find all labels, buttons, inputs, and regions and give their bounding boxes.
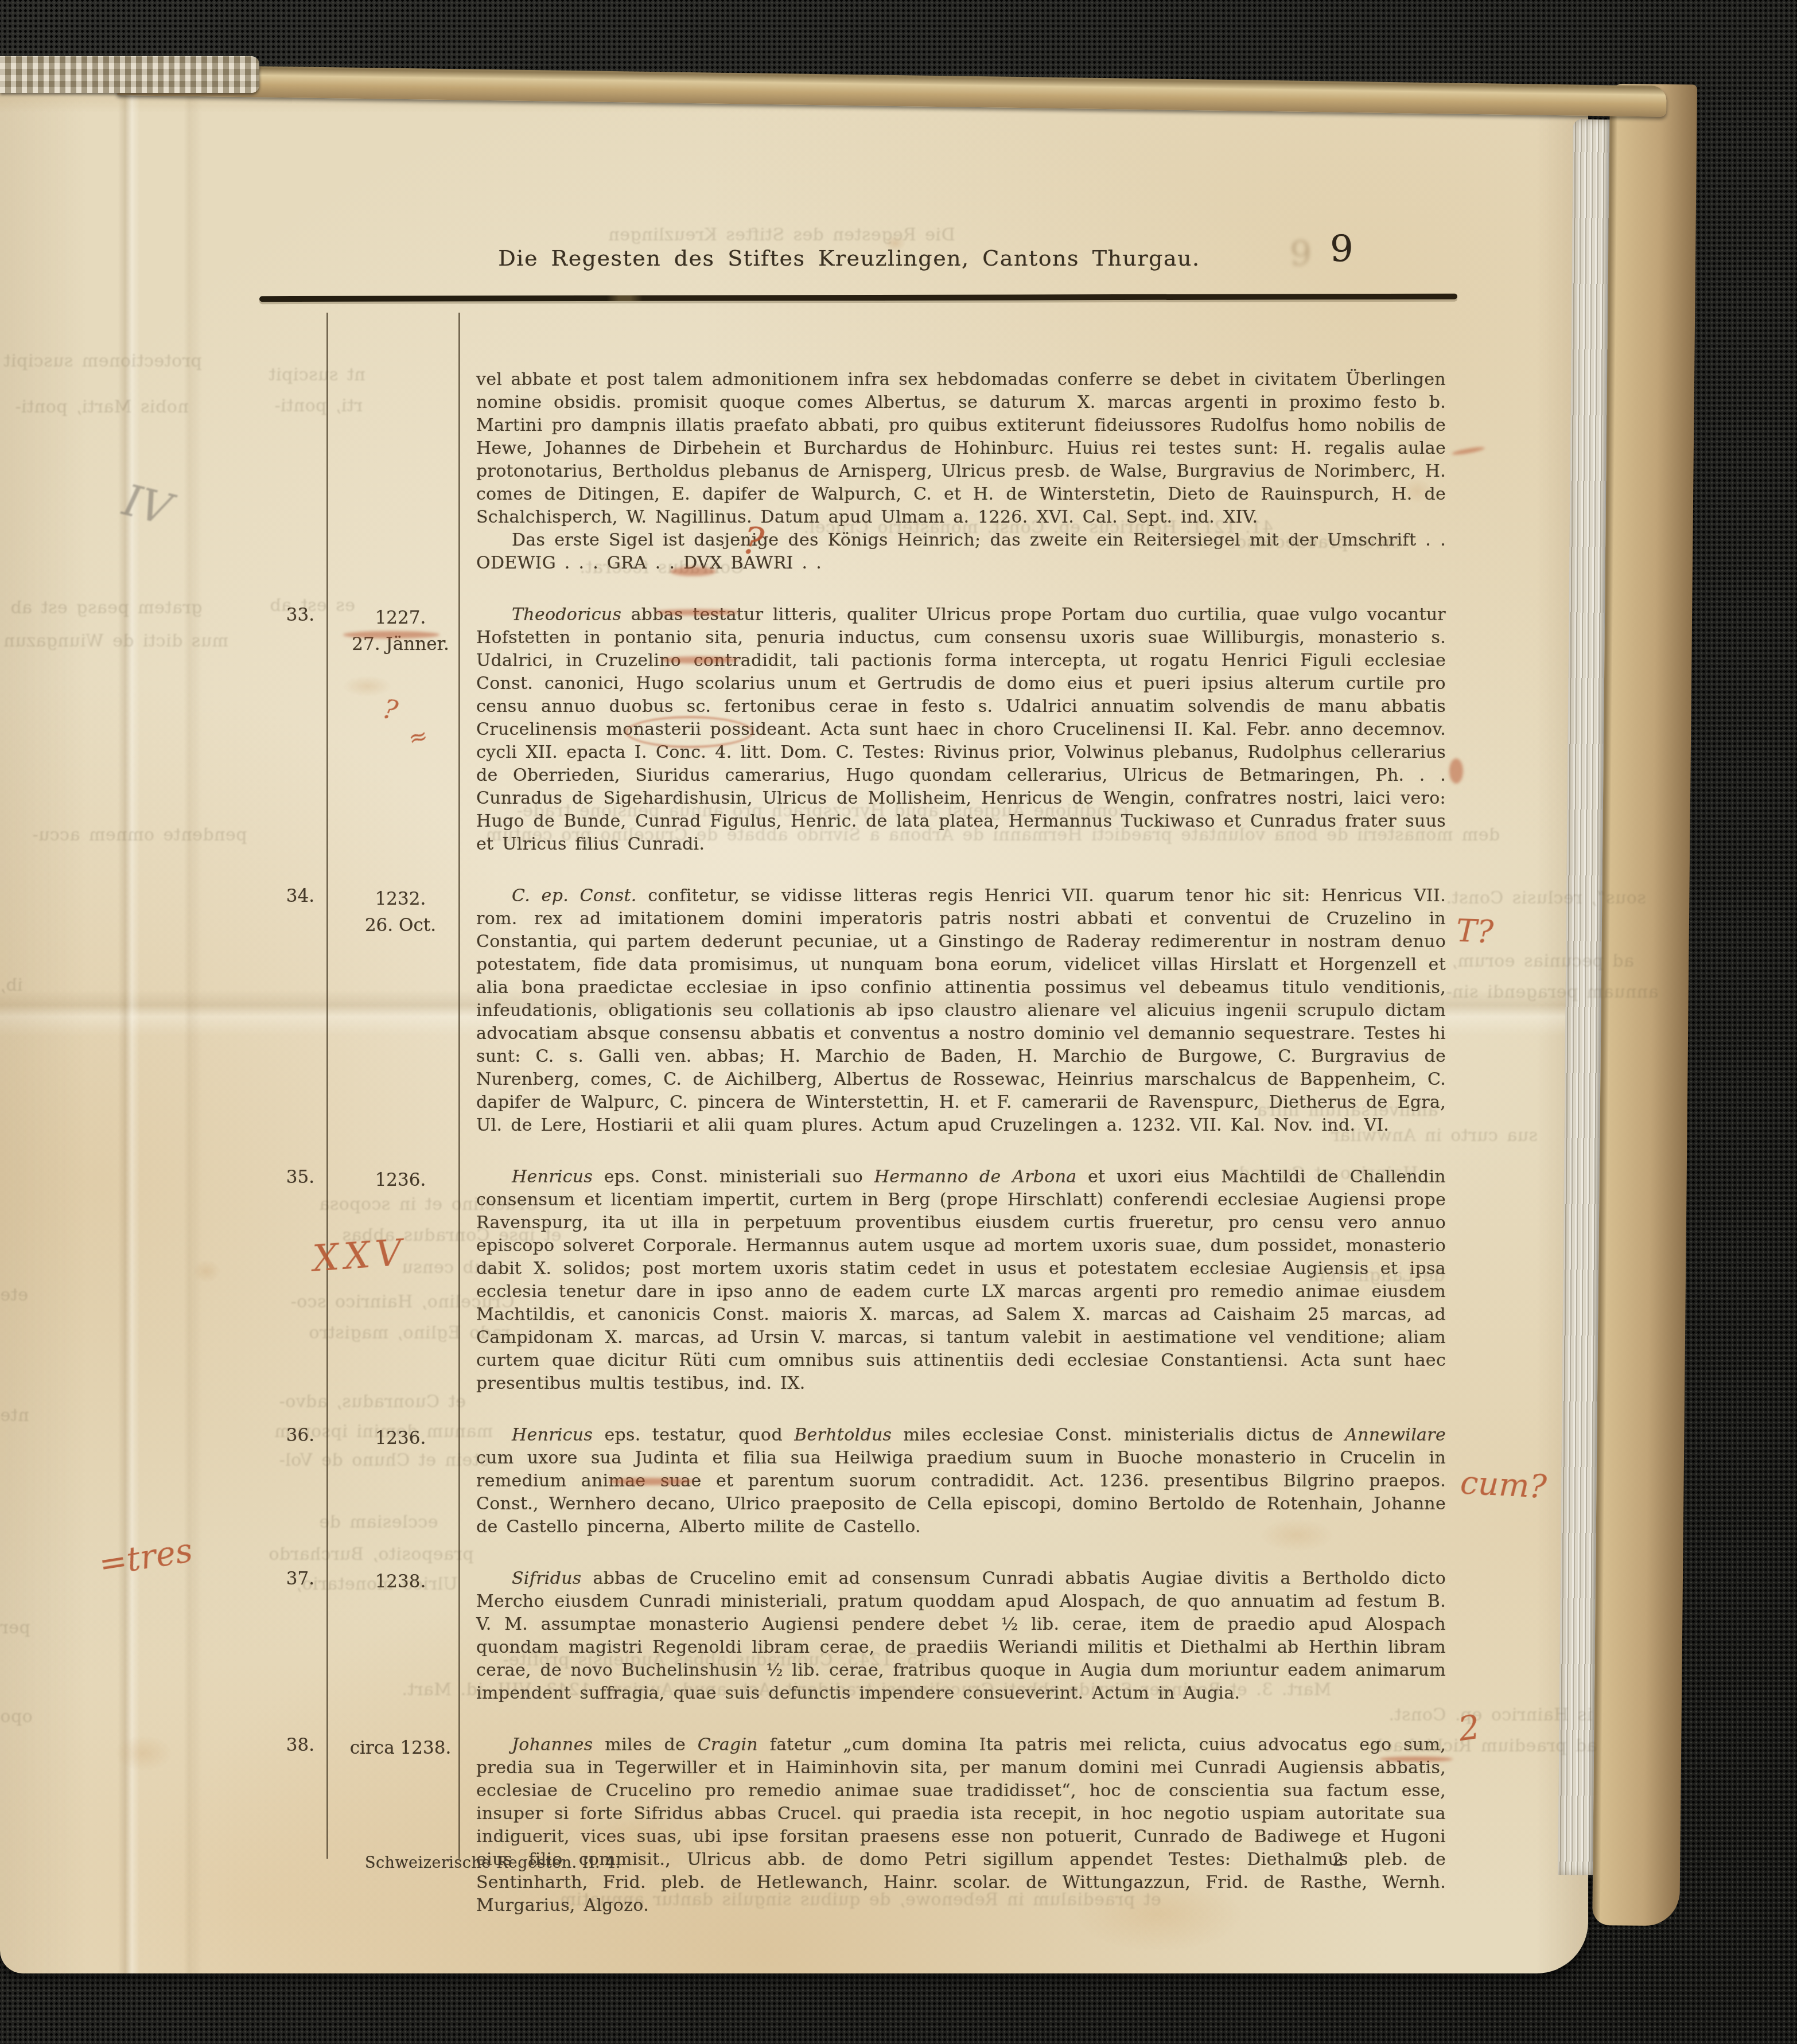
continuation-paragraph: Das erste Sigel ist dasjenige des Königs…: [476, 529, 1446, 575]
person-name-italic: Theodoricus: [512, 605, 621, 625]
person-name-italic: Berhtoldus: [794, 1425, 892, 1445]
regest-text-run: confitetur, se vidisse litteras regis He…: [476, 886, 1446, 1135]
regest-entry: 36. 1236. Henricus eps. testatur, quod B…: [241, 1424, 1446, 1539]
red-ink-annotation: T?: [1456, 913, 1494, 950]
entry-text: Sifridus abbas de Crucelino emit ad cons…: [476, 1567, 1446, 1705]
bleedthrough-text: nte: [0, 1406, 29, 1426]
regest-text-run: vel abbate et post talem admonitionem in…: [476, 369, 1446, 527]
regest-entry: 35. 1236. Henricus eps. Const. ministeri…: [241, 1166, 1446, 1395]
printed-page-content: Die Regesten des Stiftes Kreuzlingenprot…: [0, 0, 1797, 2044]
bleedthrough-text: nobis Marti, ponti-: [15, 397, 189, 417]
person-name-italic: Henricus: [512, 1425, 593, 1445]
person-name-italic: Johannes: [512, 1735, 593, 1755]
red-ink-annotation: =tres: [96, 1531, 195, 1584]
continuation-paragraph: vel abbate et post talem admonitionem in…: [476, 368, 1446, 529]
entry-number: 38.: [241, 1735, 314, 1755]
person-name-italic: C. ep. Const.: [512, 886, 637, 906]
footer-series-title: Schweizerische Regesten. II. 4.: [365, 1854, 621, 1872]
entry-date: 1238.: [328, 1568, 473, 1595]
regest-text-run: eps. testatur, quod: [593, 1425, 794, 1445]
bleedthrough-text: per: [0, 1618, 30, 1638]
red-ink-smudge: [1452, 446, 1485, 456]
person-name-italic: Cragin: [698, 1735, 758, 1755]
footer-sheet-number: 2: [1332, 1848, 1344, 1870]
red-ink-smudge: [608, 1478, 694, 1485]
red-ink-smudge: [670, 567, 716, 576]
bleedthrough-text: gratem peasg est ab: [10, 598, 203, 618]
regest-entry: 37. 1238. Sifridus abbas de Crucelino em…: [241, 1567, 1446, 1705]
bleedthrough-text: ad pecunias eorum,: [1452, 951, 1634, 971]
regest-text-run: et uxori eius Machtildi de Challendin co…: [476, 1167, 1446, 1393]
bleedthrough-text: ib,: [0, 975, 23, 995]
bleedthrough-text: pendente omnem accu-: [32, 825, 247, 845]
entry-date: 1236.: [328, 1167, 473, 1193]
pencil-annotation: IV: [118, 476, 176, 535]
red-ink-annotation: XXV: [312, 1231, 409, 1280]
ghost-page-number: 9: [1290, 234, 1312, 274]
regesta-content: vel abbate et post talem admonitionem in…: [241, 368, 1446, 1917]
regest-text-run: cum uxore sua Judinta et filia sua Heilw…: [476, 1448, 1446, 1537]
regest-text-run: eps. Const. ministeriali suo: [593, 1167, 874, 1187]
entry-number: 36.: [241, 1425, 314, 1446]
person-name-italic: Henricus: [512, 1167, 593, 1187]
regest-text-run: abbas de Crucelino emit ad consensum Cun…: [476, 1568, 1446, 1703]
entry-text: Johannes miles de Cragin fatetur „cum do…: [476, 1734, 1446, 1917]
regest-text-run: miles ecclesiae Const. ministerialis dic…: [892, 1425, 1345, 1445]
person-name-italic: Hermanno de Arbona: [874, 1167, 1077, 1187]
bleedthrough-text: sous“, reclusis Const.: [1446, 888, 1646, 908]
header-rule: [259, 294, 1457, 302]
person-name-italic: Sifridus: [512, 1568, 582, 1589]
regest-entry: 38. circa 1238. Johannes miles de Cragin…: [241, 1734, 1446, 1917]
bleedthrough-text: opo: [0, 1707, 33, 1727]
entry-date: circa 1238.: [328, 1735, 473, 1761]
entry-text: Theodoricus abbas testatur litteris, qua…: [476, 604, 1446, 856]
page-header-title: Die Regesten des Stiftes Kreuzlingen, Ca…: [241, 246, 1457, 271]
bleedthrough-text: protectionem suscipit: [3, 351, 202, 371]
person-name-italic: Annewilare: [1345, 1425, 1446, 1445]
book-scan: Die Regesten des Stiftes Kreuzlingenprot…: [0, 0, 1797, 2044]
red-ink-smudge: [654, 609, 740, 616]
entry-number: 33.: [241, 605, 314, 625]
bleedthrough-text: mus dicti de Wiungazun: [3, 631, 228, 651]
red-ink-circle: [625, 716, 753, 748]
regest-text-run: abbas testatur litteris, qualiter Ulricu…: [476, 605, 1446, 854]
regest-entry: 34. 1232.26. Oct. C. ep. Const. confitet…: [241, 885, 1446, 1137]
entry-number: 37.: [241, 1568, 314, 1589]
entry-number: 35.: [241, 1167, 314, 1188]
entry-text: C. ep. Const. confitetur, se vidisse lit…: [476, 885, 1446, 1137]
red-ink-smudge: [1379, 1757, 1453, 1762]
regest-text-run: fatetur „cum domina Ita patris mei relic…: [476, 1735, 1446, 1915]
entry-number: 34.: [241, 886, 314, 906]
page-number: 9: [1330, 228, 1353, 271]
entry-date: 1232.26. Oct.: [328, 886, 473, 939]
red-ink-smudge: [661, 656, 738, 664]
bleedthrough-text: ete: [0, 1285, 28, 1305]
red-ink-smudge: [343, 631, 439, 638]
regest-text-run: Das erste Sigel ist dasjenige des Königs…: [476, 530, 1446, 573]
entry-date: 1236.: [328, 1425, 473, 1451]
red-ink-annotation: cum?: [1459, 1464, 1547, 1506]
regest-text-run: miles de: [593, 1735, 698, 1755]
entry-text: Henricus eps. Const. ministeriali suo He…: [476, 1166, 1446, 1395]
red-ink-smudge: [1449, 758, 1463, 784]
bleedthrough-text: annuam peragendi sin-: [1446, 982, 1658, 1002]
bleedthrough-text: Die Regesten des Stiftes Kreuzlingen: [608, 225, 955, 245]
